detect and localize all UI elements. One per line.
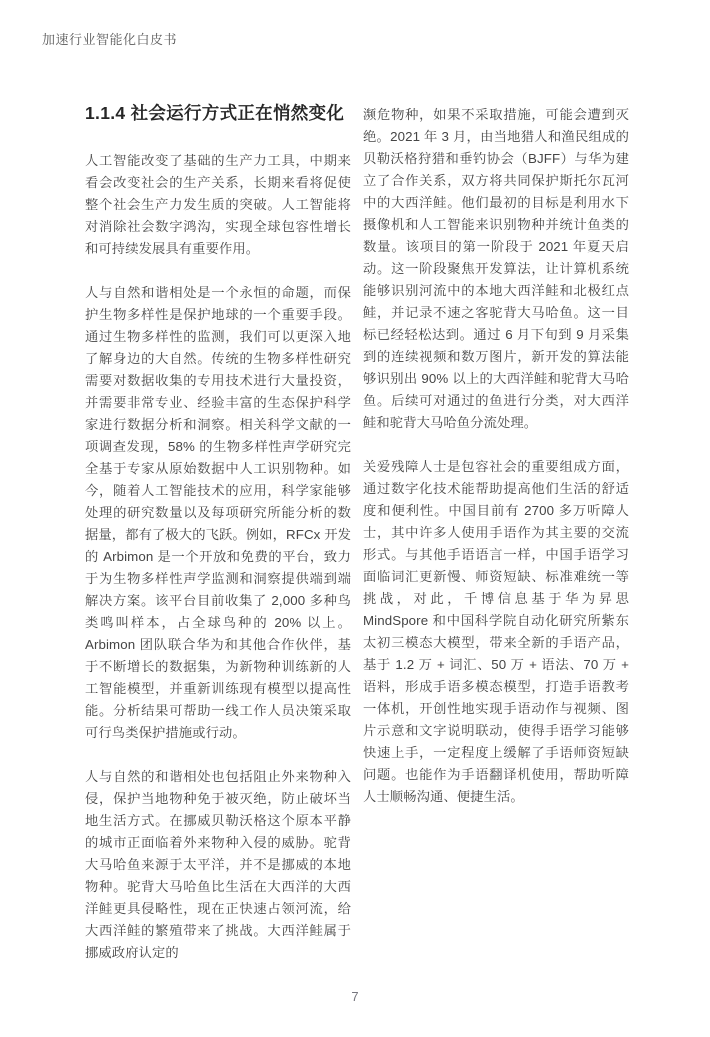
paragraph-left-2: 人与自然和谐相处是一个永恒的命题，而保护生物多样性是保护地球的一个重要手段。通过… (85, 282, 351, 744)
paragraph-right-2: 关爱残障人士是包容社会的重要组成方面，通过数字化技术能帮助提高他们生活的舒适度和… (363, 456, 629, 808)
left-column: 1.1.4 社会运行方式正在悄然变化 人工智能改变了基础的生产力工具，中期来看会… (85, 100, 351, 986)
paragraph-left-1: 人工智能改变了基础的生产力工具，中期来看会改变社会的生产关系，长期来看将促使整个… (85, 150, 351, 260)
paragraph-right-1: 濒危物种，如果不采取措施，可能会遭到灭绝。2021 年 3 月，由当地猎人和渔民… (363, 104, 629, 434)
document-header-title: 加速行业智能化白皮书 (42, 29, 177, 48)
section-heading: 1.1.4 社会运行方式正在悄然变化 (85, 100, 351, 126)
document-page: 加速行业智能化白皮书 1.1.4 社会运行方式正在悄然变化 人工智能改变了基础的… (0, 0, 710, 1037)
paragraph-left-3: 人与自然的和谐相处也包括阻止外来物种入侵，保护当地物种免于被灭绝，防止破坏当地生… (85, 766, 351, 964)
right-column: 濒危物种，如果不采取措施，可能会遭到灭绝。2021 年 3 月，由当地猎人和渔民… (363, 104, 629, 830)
page-number: 7 (0, 989, 710, 1004)
